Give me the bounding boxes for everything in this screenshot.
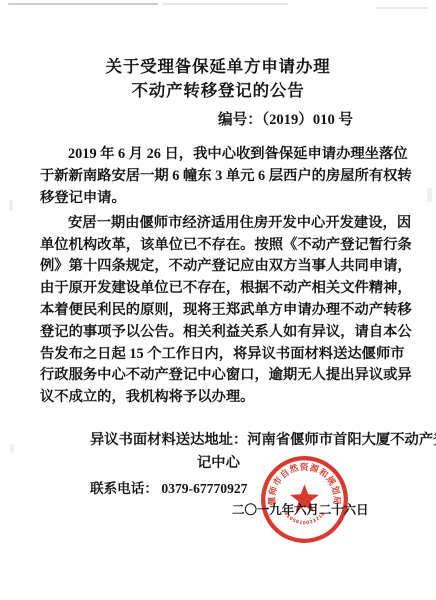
paragraph-2-line: 安居一期由偃师市经济适用住房开发中心开发建设，因 [40,213,404,235]
paragraph-1-line: 移登记申请。 [40,188,404,210]
notice-title-line-1: 关于受理昝保延单方申请办理 [0,53,436,77]
objection-address-line-1: 异议书面材料送达地址：河南省偃师市首阳大厦不动产登 [90,429,436,449]
document-number: 编号：（2019）010 号 [218,108,353,129]
paragraph-1-line: 于新新南路安居一期 6 幢东 3 单元 6 层西户的房屋所有权转 [40,166,404,188]
paragraph-2-line: 行政服务中心不动产登记中心窗口，逾期无人提出异议或异 [40,365,404,387]
notice-body: 2019 年 6 月 26 日，我中心收到昝保延申请办理坐落位 于新新南路安居一… [40,144,404,409]
seal-code-digits: 4105810023218 [282,511,326,526]
paragraph-2-line: 告发布之日起 15 个工作日内，将异议书面材料送达偃师市 [40,344,404,366]
scan-artifact [8,3,158,5]
scanned-notice-document: 关于受理昝保延单方申请办理 不动产转移登记的公告 编号：（2019）010 号 … [0,0,436,600]
scan-artifact [10,444,14,453]
notice-title-line-2: 不动产转移登记的公告 [0,77,436,101]
scan-artifact [163,3,288,5]
paragraph-2-line: 由于原开发建设单位已不存在，根据不动产相关文件精神， [40,278,404,300]
svg-text:4105810023218: 4105810023218 [282,511,326,526]
objection-address-line-2: 记中心 [197,452,240,472]
official-red-seal: 偃师市自然资源和规划局 4105810023218 [257,452,352,547]
contact-phone: 联系电话： 0379-67770927 [90,477,247,497]
seal-star-icon [290,484,319,511]
scan-artifact [376,7,428,9]
paragraph-1-line: 2019 年 6 月 26 日，我中心收到昝保延申请办理坐落位 [40,144,404,166]
paragraph-2-line: 单位机构改革，该单位已不存在。按照《不动产登记暂行条 [40,235,404,257]
scan-artifact [427,188,432,202]
scan-artifact [9,200,13,211]
paragraph-2-line: 例》第十四条规定，不动产登记应由双方当事人共同申请， [40,256,404,278]
paragraph-2-line: 登记的事项予以公告。相关利益关系人如有异议，请自本公 [40,322,404,344]
paragraph-2-line: 议不成立的，我机构将予以办理。 [40,387,404,409]
paragraph-2-line: 本着便民利民的原则，现将王郑武单方申请办理不动产转移 [40,300,404,322]
